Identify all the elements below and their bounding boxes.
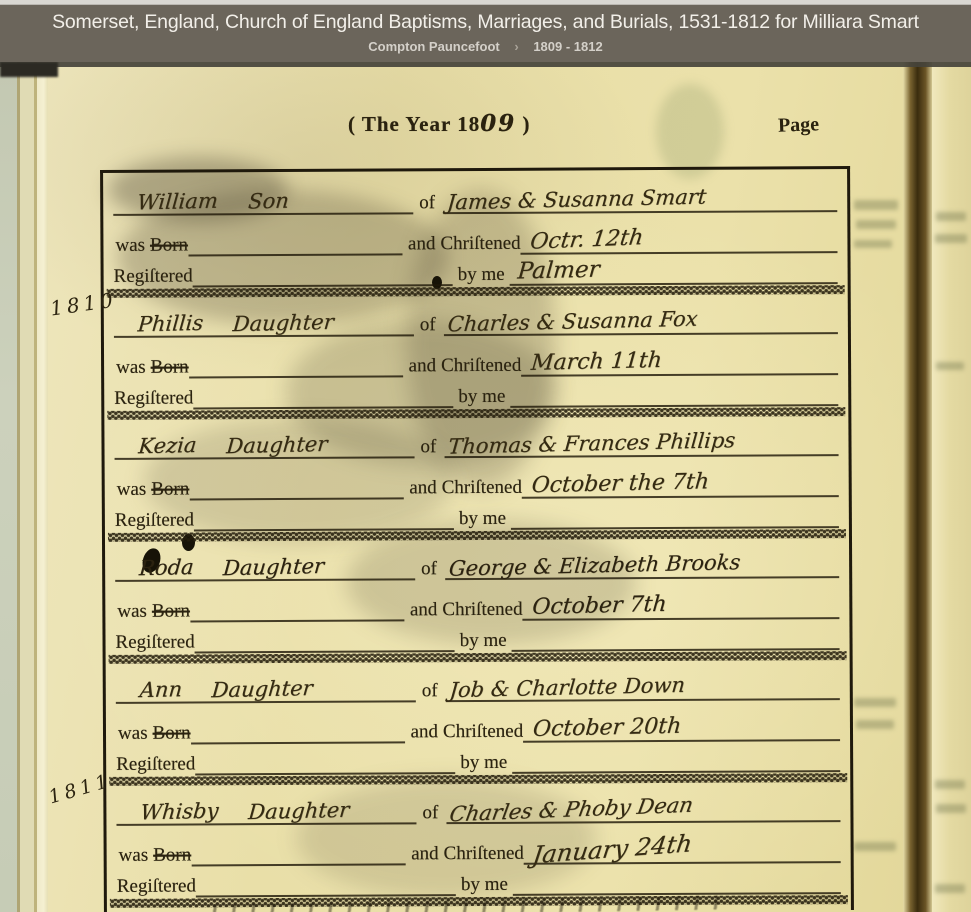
book-page-edge <box>37 62 48 912</box>
was-label: was <box>117 602 147 623</box>
name-line: Whisby Daughter <box>116 800 416 826</box>
entry-registered-row: Regiſtered by me <box>105 619 849 654</box>
and-label: and <box>408 234 436 255</box>
parents-line: James & Susanna Smart <box>443 188 837 214</box>
entry-name-row: Ann Daughter of Job & Charlotte Down <box>106 659 850 704</box>
registered-label: Regiſtered <box>114 266 193 287</box>
parents-line: George & Elizabeth Brooks <box>445 554 839 580</box>
entry-christened-row: was Born and Chriſtened March 11th <box>104 334 848 379</box>
christened-date-line: October 20th <box>523 716 840 743</box>
name-line: William Son <box>113 190 413 216</box>
adjacent-page-scan <box>932 62 971 912</box>
child-relation: Daughter <box>211 678 314 701</box>
by-me-label: by me <box>461 875 508 896</box>
born-label-struck: Born <box>151 480 189 501</box>
christened-date: January 24th <box>531 831 694 867</box>
register-entry: William Son of James & Susanna Smart was… <box>103 171 848 297</box>
ink-bleed-through <box>854 240 892 248</box>
of-label: of <box>421 559 437 580</box>
name-line: Ann Daughter <box>116 678 416 704</box>
entry-registered-row: Regiſtered by me <box>106 741 850 776</box>
record-viewer: Somerset, England, Church of England Bap… <box>0 0 971 912</box>
scan-corner-shadow <box>0 62 58 77</box>
record-title: Somerset, England, Church of England Bap… <box>0 5 971 34</box>
registered-label: Regiſtered <box>115 510 194 531</box>
book-gutter-shadow <box>903 62 932 912</box>
of-label: of <box>422 681 438 702</box>
christened-label: Chriſtened <box>444 844 524 865</box>
ink-bleed-through <box>936 804 966 813</box>
entry-christened-row: was Born and Chriſtened October 7th <box>105 578 849 623</box>
year-heading: ( The Year 1809 ) <box>348 110 530 137</box>
born-label-struck: Born <box>150 236 188 257</box>
parents-line: Charles & Susanna Fox <box>444 310 838 336</box>
record-image-viewport[interactable]: ( The Year 1809 ) Page 1810 1811 William… <box>0 62 971 912</box>
christened-date-line: March 11th <box>521 350 838 377</box>
register-page-scan: ( The Year 1809 ) Page 1810 1811 William… <box>48 62 903 912</box>
was-label: was <box>115 236 145 257</box>
ink-bleed-through <box>935 780 965 789</box>
of-label: of <box>420 315 436 336</box>
ink-bleed-through <box>854 200 898 210</box>
breadcrumb-location-link[interactable]: Compton Pauncefoot <box>368 39 499 54</box>
child-name: Phillis <box>137 313 204 335</box>
ink-bleed-through <box>854 842 896 851</box>
entry-christened-row: was Born and Chriſtened October 20th <box>106 700 850 745</box>
breadcrumb-date-range-link[interactable]: 1809 - 1812 <box>533 39 602 54</box>
by-me-label: by me <box>458 265 505 286</box>
parents-names: Charles & Susanna Fox <box>447 309 699 336</box>
entry-name-row: Phillis Daughter of Charles & Susanna Fo… <box>104 293 848 338</box>
christened-date-line: October the 7th <box>522 472 839 499</box>
child-name: Ann <box>139 679 183 701</box>
entry-name-row: Kezia Daughter of Thomas & Frances Phill… <box>104 415 848 460</box>
ink-bleed-through <box>936 362 964 370</box>
ink-bleed-through <box>935 234 967 243</box>
year-heading-close: ) <box>516 112 530 136</box>
entry-name-row: William Son of James & Susanna Smart <box>103 171 847 216</box>
christened-date: Octr. 12th <box>529 227 645 254</box>
name-line: Kezia Daughter <box>114 434 414 460</box>
record-header: Somerset, England, Church of England Bap… <box>0 5 971 62</box>
and-label: and <box>409 356 437 377</box>
parents-names: Charles & Phoby Dean <box>448 795 695 826</box>
register-entry: Phillis Daughter of Charles & Susanna Fo… <box>104 293 849 419</box>
of-label: of <box>419 193 435 214</box>
entry-christened-row: was Born and Chriſtened Octr. 12th <box>103 212 847 257</box>
page-heading-label: Page <box>778 113 820 137</box>
and-label: and <box>410 600 438 621</box>
ink-bleed-through <box>935 884 965 893</box>
was-label: was <box>116 358 146 379</box>
born-label-struck: Born <box>153 724 191 745</box>
register-entry: Roda Daughter of George & Elizabeth Broo… <box>105 537 850 663</box>
by-me-label: by me <box>458 387 505 408</box>
entry-registered-row: Regiſtered by me <box>105 497 849 532</box>
parents-names: James & Susanna Smart <box>446 187 707 214</box>
entry-registered-row: Regiſtered by me <box>107 863 851 898</box>
register-entry: Kezia Daughter of Thomas & Frances Phill… <box>104 415 849 541</box>
name-line: Roda Daughter <box>115 556 415 582</box>
ink-bleed-through <box>936 212 966 221</box>
by-me-label: by me <box>460 753 507 774</box>
by-me-label: by me <box>459 509 506 530</box>
stain <box>656 84 724 179</box>
child-relation: Daughter <box>225 434 328 457</box>
registered-label: Regiſtered <box>115 632 194 653</box>
child-relation: Daughter <box>232 312 335 335</box>
of-label: of <box>422 803 438 824</box>
of-label: of <box>420 437 436 458</box>
registered-label: Regiſtered <box>116 754 195 775</box>
and-label: and <box>409 478 437 499</box>
parents-line: Job & Charlotte Down <box>446 676 840 702</box>
registered-by-line: Palmer <box>510 258 838 286</box>
book-page-edge <box>20 62 34 912</box>
entry-name-row: Whisby Daughter of Charles & Phoby Dean <box>106 781 850 826</box>
register-entry: Whisby Daughter of Charles & Phoby Dean … <box>106 781 851 907</box>
christened-label: Chriſtened <box>443 722 523 743</box>
scan-top-edge <box>0 62 971 67</box>
child-name: William <box>136 191 218 214</box>
entry-name-row: Roda Daughter of George & Elizabeth Broo… <box>105 537 849 582</box>
ink-bleed-through <box>856 720 894 729</box>
child-relation: Daughter <box>223 556 326 579</box>
was-label: was <box>117 480 147 501</box>
parents-names: Job & Charlotte Down <box>449 675 686 701</box>
registered-label: Regiſtered <box>117 876 196 897</box>
child-name: Kezia <box>138 435 198 457</box>
name-line: Phillis Daughter <box>114 312 414 338</box>
parents-line: Charles & Phoby Dean <box>446 798 840 824</box>
born-label-struck: Born <box>151 358 189 379</box>
register-frame: William Son of James & Susanna Smart was… <box>100 166 854 912</box>
entry-christened-row: was Born and Chriſtened January 24th <box>106 822 850 867</box>
child-name: Roda <box>138 557 194 579</box>
parents-line: Thomas & Frances Phillips <box>444 432 838 458</box>
entry-registered-row: Regiſtered by me Palmer <box>104 253 848 288</box>
christened-date: October 7th <box>532 594 668 619</box>
entry-registered-row: Regiſtered by me <box>104 375 848 410</box>
was-label: was <box>118 724 148 745</box>
year-heading-handwritten: 09 <box>480 110 516 137</box>
parents-names: Thomas & Frances Phillips <box>447 430 736 458</box>
and-label: and <box>411 844 439 865</box>
book-page-edge <box>0 62 17 912</box>
christened-date: October the 7th <box>531 471 710 497</box>
child-name: Whisby <box>139 801 219 824</box>
and-label: and <box>411 722 439 743</box>
registered-label: Regiſtered <box>114 388 193 409</box>
christened-label: Chriſtened <box>440 234 520 255</box>
christened-date: March 11th <box>530 350 663 375</box>
ink-bleed-through <box>854 698 896 707</box>
entry-christened-row: was Born and Chriſtened October the 7th <box>105 456 849 501</box>
by-me-label: by me <box>460 631 507 652</box>
christened-label: Chriſtened <box>441 356 521 377</box>
child-relation: Son <box>247 191 289 213</box>
parents-names: George & Elizabeth Brooks <box>448 552 741 580</box>
register-entries: William Son of James & Susanna Smart was… <box>103 169 851 912</box>
christened-date-line: Octr. 12th <box>521 228 838 255</box>
chevron-right-icon: › <box>514 39 518 54</box>
year-heading-printed: ( The Year 18 <box>348 112 480 136</box>
registered-by: Palmer <box>517 259 601 284</box>
christened-date-line: January 24th <box>524 836 841 865</box>
breadcrumb: Compton Pauncefoot › 1809 - 1812 <box>0 39 971 54</box>
christened-label: Chriſtened <box>442 478 522 499</box>
was-label: was <box>119 846 149 867</box>
ink-bleed-through <box>856 220 896 229</box>
christened-date: October 20th <box>532 716 682 741</box>
born-label-struck: Born <box>153 846 191 867</box>
born-label-struck: Born <box>152 602 190 623</box>
christened-label: Chriſtened <box>442 600 522 621</box>
register-entry: Ann Daughter of Job & Charlotte Down was… <box>106 659 851 785</box>
christened-date-line: October 7th <box>522 594 839 621</box>
child-relation: Daughter <box>247 800 350 823</box>
